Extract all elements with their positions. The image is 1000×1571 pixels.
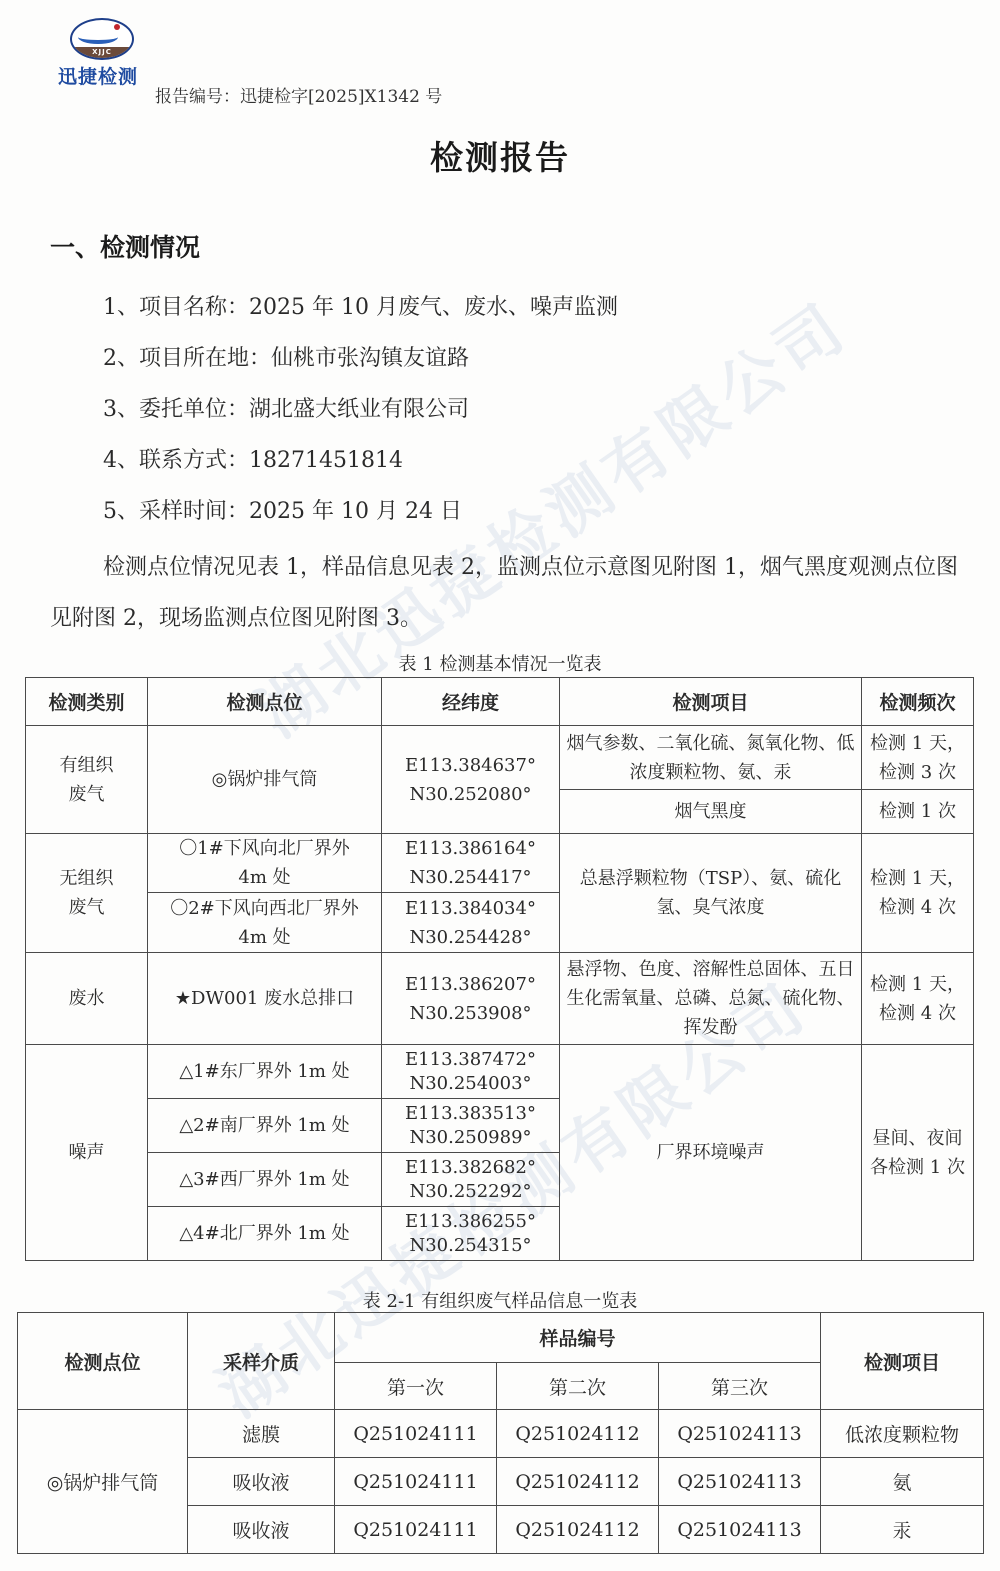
sample-info-table: 检测点位 采样介质 样品编号 检测项目 第一次 第二次 第三次 ◎锅炉排气筒 滤… <box>17 1312 984 1554</box>
logo-badge: XJJC <box>72 47 132 58</box>
reference-paragraph: 检测点位情况见表 1，样品信息见表 2，监测点位示意图见附图 1，烟气黑度观测点… <box>50 542 970 644</box>
frequency-cell: 检测 1 天， 检测 3 次 <box>862 726 974 790</box>
frequency-cell: 检测 1 次 <box>862 790 974 834</box>
coords-cell: E113.384034°N30.254428° <box>382 893 560 953</box>
coords-cell: E113.386164°N30.254417° <box>382 834 560 893</box>
section-heading: 一、检测情况 <box>50 228 200 264</box>
header-run-1: 第一次 <box>335 1363 497 1410</box>
table-row: 废水 ★DW001 废水总排口 E113.386207°N30.253908° … <box>26 953 974 1045</box>
table-row: 有组织 废气 ◎锅炉排气筒 E113.384637°N30.252080° 烟气… <box>26 726 974 790</box>
sample-cell: Q251024113 <box>659 1410 821 1458</box>
items-cell: 总悬浮颗粒物（TSP）、氨、硫化氢、臭气浓度 <box>560 834 862 953</box>
header-medium: 采样介质 <box>188 1313 335 1410</box>
frequency-cell: 检测 1 天， 检测 4 次 <box>862 953 974 1045</box>
items-cell: 烟气黑度 <box>560 790 862 834</box>
coords-cell: E113.384637°N30.252080° <box>382 726 560 834</box>
header-sample-no: 样品编号 <box>335 1313 821 1363</box>
medium-cell: 吸收液 <box>188 1506 335 1554</box>
table-row: ◎锅炉排气筒 滤膜 Q251024111 Q251024112 Q2510241… <box>18 1410 984 1458</box>
page-title: 检测报告 <box>0 132 1000 179</box>
point-cell: 〇2#下风向西北厂界外 4m 处 <box>148 893 382 953</box>
header-coords: 经纬度 <box>382 678 560 726</box>
point-cell: △1#东厂界外 1m 处 <box>148 1045 382 1099</box>
report-number: 报告编号：迅捷检字[2025]X1342 号 <box>155 82 442 107</box>
contact: 4、联系方式：18271451814 <box>103 443 403 474</box>
items-cell: 悬浮物、色度、溶解性总固体、五日生化需氧量、总磷、总氮、硫化物、挥发酚 <box>560 953 862 1045</box>
items-cell: 烟气参数、二氧化硫、氮氧化物、低浓度颗粒物、氨、汞 <box>560 726 862 790</box>
table-header-row: 检测类别 检测点位 经纬度 检测项目 检测频次 <box>26 678 974 726</box>
table2-caption: 表 2-1 有组织废气样品信息一览表 <box>0 1287 1000 1313</box>
medium-cell: 滤膜 <box>188 1410 335 1458</box>
company-logo: XJJC 迅捷检测 <box>58 18 150 89</box>
detection-overview-table: 检测类别 检测点位 经纬度 检测项目 检测频次 有组织 废气 ◎锅炉排气筒 E1… <box>25 677 974 1261</box>
item-cell: 汞 <box>821 1506 984 1554</box>
sample-cell: Q251024113 <box>659 1506 821 1554</box>
header-point: 检测点位 <box>148 678 382 726</box>
coords-cell: E113.387472°N30.254003° <box>382 1045 560 1099</box>
client-unit: 3、委托单位：湖北盛大纸业有限公司 <box>103 392 469 423</box>
item-cell: 低浓度颗粒物 <box>821 1410 984 1458</box>
sample-cell: Q251024112 <box>497 1410 659 1458</box>
sample-cell: Q251024111 <box>335 1458 497 1506</box>
frequency-cell: 昼间、夜间 各检测 1 次 <box>862 1045 974 1261</box>
table-row: 无组织 废气 〇1#下风向北厂界外 4m 处 E113.386164°N30.2… <box>26 834 974 893</box>
logo-emblem-icon: XJJC <box>70 18 134 60</box>
item-cell: 氨 <box>821 1458 984 1506</box>
coords-cell: E113.382682°N30.252292° <box>382 1153 560 1207</box>
category-cell: 无组织 废气 <box>26 834 148 953</box>
point-cell: △3#西厂界外 1m 处 <box>148 1153 382 1207</box>
point-cell: ★DW001 废水总排口 <box>148 953 382 1045</box>
point-cell: 〇1#下风向北厂界外 4m 处 <box>148 834 382 893</box>
header-run-2: 第二次 <box>497 1363 659 1410</box>
table-header-row: 检测点位 采样介质 样品编号 检测项目 <box>18 1313 984 1363</box>
table1-caption: 表 1 检测基本情况一览表 <box>0 650 1000 676</box>
header-category: 检测类别 <box>26 678 148 726</box>
header-point: 检测点位 <box>18 1313 188 1410</box>
sample-cell: Q251024112 <box>497 1506 659 1554</box>
items-cell: 厂界环境噪声 <box>560 1045 862 1261</box>
category-cell: 有组织 废气 <box>26 726 148 834</box>
project-location: 2、项目所在地：仙桃市张沟镇友谊路 <box>103 341 469 372</box>
point-cell: △4#北厂界外 1m 处 <box>148 1207 382 1261</box>
sample-cell: Q251024111 <box>335 1410 497 1458</box>
point-cell: △2#南厂界外 1m 处 <box>148 1099 382 1153</box>
category-cell: 噪声 <box>26 1045 148 1261</box>
header-frequency: 检测频次 <box>862 678 974 726</box>
point-cell: ◎锅炉排气筒 <box>18 1410 188 1554</box>
header-item: 检测项目 <box>821 1313 984 1410</box>
logo-name: 迅捷检测 <box>58 62 150 89</box>
frequency-cell: 检测 1 天， 检测 4 次 <box>862 834 974 953</box>
sampling-date: 5、采样时间：2025 年 10 月 24 日 <box>103 494 462 525</box>
project-name: 1、项目名称：2025 年 10 月废气、废水、噪声监测 <box>103 290 618 321</box>
header-run-3: 第三次 <box>659 1363 821 1410</box>
medium-cell: 吸收液 <box>188 1458 335 1506</box>
table-row: 噪声 △1#东厂界外 1m 处 E113.387472°N30.254003° … <box>26 1045 974 1099</box>
category-cell: 废水 <box>26 953 148 1045</box>
sample-cell: Q251024111 <box>335 1506 497 1554</box>
coords-cell: E113.386207°N30.253908° <box>382 953 560 1045</box>
sample-cell: Q251024112 <box>497 1458 659 1506</box>
sample-cell: Q251024113 <box>659 1458 821 1506</box>
coords-cell: E113.386255°N30.254315° <box>382 1207 560 1261</box>
point-cell: ◎锅炉排气筒 <box>148 726 382 834</box>
coords-cell: E113.383513°N30.250989° <box>382 1099 560 1153</box>
header-items: 检测项目 <box>560 678 862 726</box>
